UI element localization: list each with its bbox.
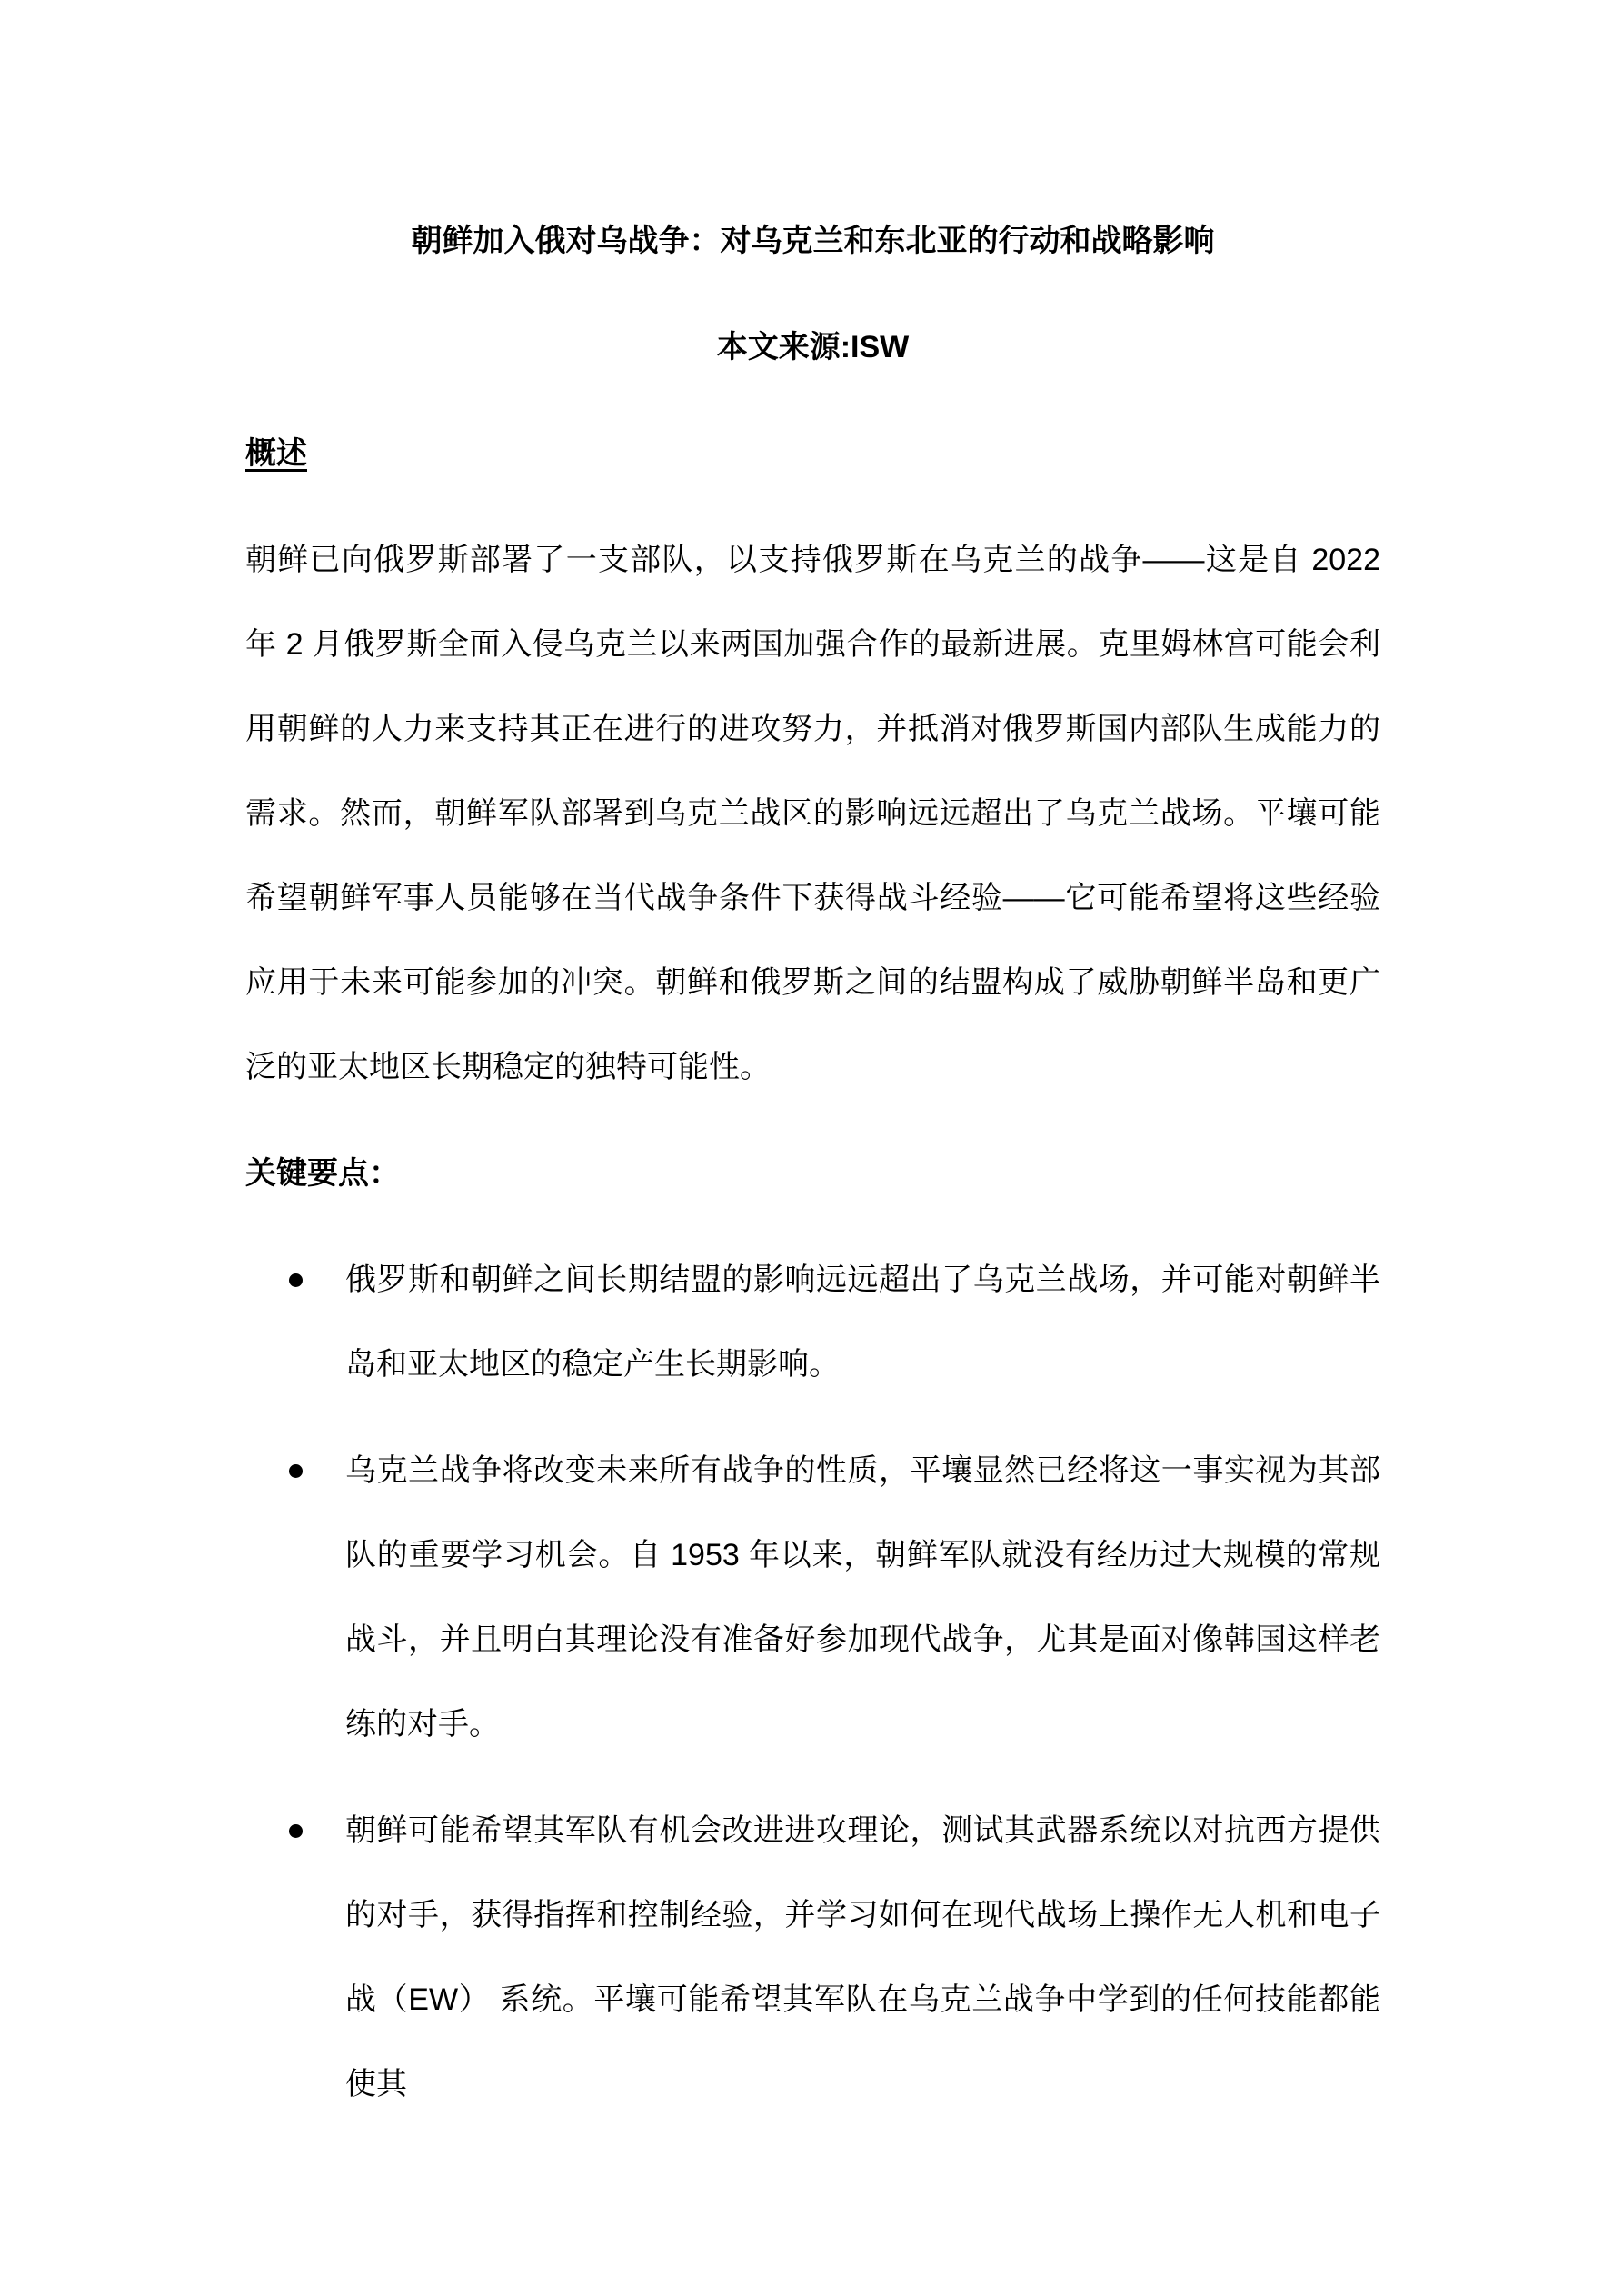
key-points-heading: 关键要点：	[245, 1132, 1380, 1216]
bullet-icon	[289, 1824, 303, 1838]
list-item-text: 俄罗斯和朝鲜之间长期结盟的影响远远超出了乌克兰战场，并可能对朝鲜半岛和亚太地区的…	[345, 1238, 1380, 1407]
bullet-icon	[289, 1464, 303, 1478]
document-page: 朝鲜加入俄对乌战争：对乌克兰和东北亚的行动和战略影响 本文来源:ISW 概述 朝…	[0, 0, 1623, 2296]
overview-heading: 概述	[245, 412, 1380, 496]
bullet-icon	[289, 1273, 303, 1287]
overview-paragraph: 朝鲜已向俄罗斯部署了一支部队，以支持俄罗斯在乌克兰的战争——这是自 2022 年…	[245, 518, 1380, 1110]
key-points-list: 俄罗斯和朝鲜之间长期结盟的影响远远超出了乌克兰战场，并可能对朝鲜半岛和亚太地区的…	[245, 1238, 1380, 2127]
list-item-text: 乌克兰战争将改变未来所有战争的性质，平壤显然已经将这一事实视为其部队的重要学习机…	[345, 1429, 1380, 1767]
list-item: 俄罗斯和朝鲜之间长期结盟的影响远远超出了乌克兰战场，并可能对朝鲜半岛和亚太地区的…	[245, 1238, 1380, 1407]
list-item-text: 朝鲜可能希望其军队有机会改进进攻理论，测试其武器系统以对抗西方提供的对手，获得指…	[345, 1789, 1380, 2127]
source-line: 本文来源:ISW	[245, 305, 1380, 390]
overview-heading-text: 概述	[245, 436, 307, 471]
list-item: 朝鲜可能希望其军队有机会改进进攻理论，测试其武器系统以对抗西方提供的对手，获得指…	[245, 1789, 1380, 2127]
document-title: 朝鲜加入俄对乌战争：对乌克兰和东北亚的行动和战略影响	[245, 199, 1380, 284]
list-item: 乌克兰战争将改变未来所有战争的性质，平壤显然已经将这一事实视为其部队的重要学习机…	[245, 1429, 1380, 1767]
